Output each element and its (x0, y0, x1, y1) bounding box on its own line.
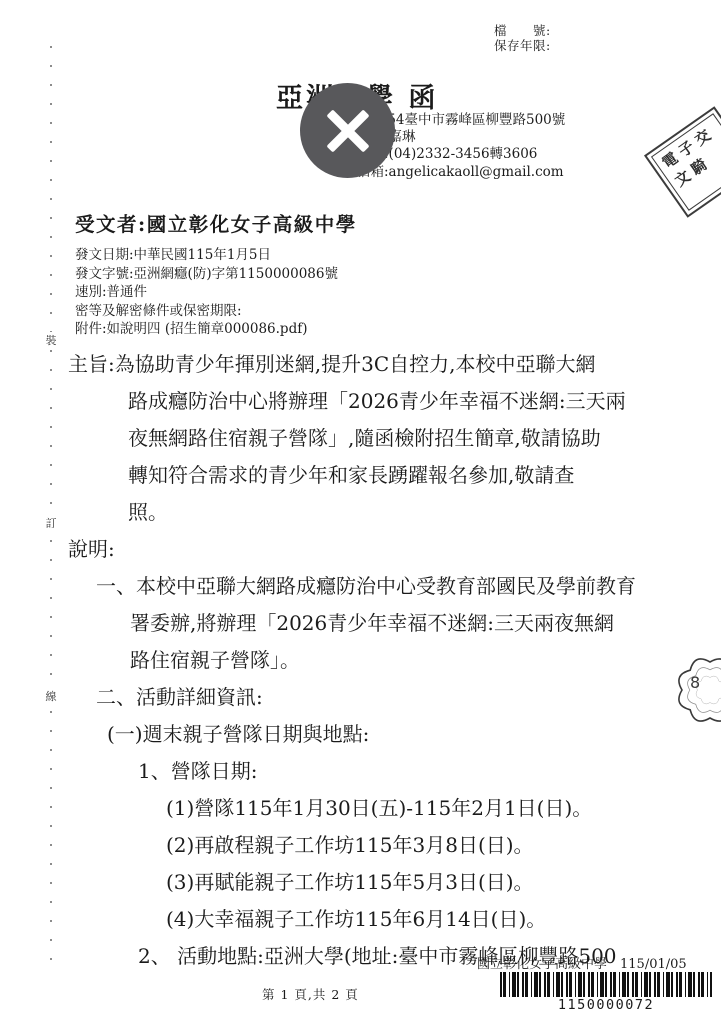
meta-block: 發文日期:中華民國115年1月5日 發文字號:亞洲網癮(防)字第11500000… (75, 246, 338, 339)
file-number-block: 檔 號: 保存年限: (494, 24, 551, 53)
body-line: 署委辦,將辦理「2026青少年幸福不迷網:三天兩夜無網 (0, 605, 700, 642)
body-line: 照。 (0, 494, 700, 531)
body-line: 1、營隊日期: (0, 753, 700, 790)
body-line: 路住宿親子營隊」。 (0, 642, 700, 679)
binding-mark-ding: 訂 (44, 515, 58, 531)
letter-body: 主旨:為協助青少年揮別迷網,提升3C自控力,本校中亞聯大網 路成癮防治中心將辦理… (0, 346, 700, 975)
barcode (500, 972, 712, 997)
footer-school-date: 國立彰化女子高級中學 115/01/05 (477, 953, 687, 972)
page-number-info: 第 1 頁,共 2 頁 (262, 985, 359, 1003)
stamp-number: 8 (690, 673, 700, 692)
meta-line: 速別:普通件 (75, 283, 338, 302)
document-page: 裝 訂 線 檔 號: 保存年限: 亞洲大學 函 地址:41354臺中市霧峰區柳豐… (0, 0, 721, 1024)
body-line: 二、活動詳細資訊: (0, 679, 700, 716)
body-line: 路成癮防治中心將辦理「2026青少年幸福不迷網:三天兩 (0, 383, 700, 420)
body-line: 說明: (0, 531, 700, 568)
flower-seam-stamp: 8 (668, 648, 721, 732)
body-line: (3)再賦能親子工作坊115年5月3日(日)。 (0, 864, 700, 901)
retention-period-label: 保存年限: (494, 39, 551, 54)
binding-mark-xian: 線 (44, 688, 58, 704)
recipient-line: 受文者:國立彰化女子高級中學 (75, 209, 357, 237)
electronic-exchange-stamp: 電子交 文騎 (644, 106, 721, 218)
body-line: (4)大幸福親子工作坊115年6月14日(日)。 (0, 901, 700, 938)
body-line: (1)營隊115年1月30日(五)-115年2月1日(日)。 (0, 790, 700, 827)
body-line: 轉知符合需求的青少年和家長踴躍報名參加,敬請查 (0, 457, 700, 494)
binding-mark-zhuang: 裝 (44, 332, 58, 348)
body-line: 一、本校中亞聯大網路成癮防治中心受教育部國民及學前教育 (0, 568, 700, 605)
body-line: (2)再啟程親子工作坊115年3月8日(日)。 (0, 827, 700, 864)
body-line: 夜無網路住宿親子營隊」,隨函檢附招生簡章,敬請協助 (0, 420, 700, 457)
body-line: 主旨:為協助青少年揮別迷網,提升3C自控力,本校中亞聯大網 (0, 346, 700, 383)
meta-line: 密等及解密條件或保密期限: (75, 302, 338, 321)
meta-line: 附件:如說明四 (招生簡章000086.pdf) (75, 320, 338, 339)
meta-line: 發文字號:亞洲網癮(防)字第1150000086號 (75, 265, 338, 284)
close-overlay-button[interactable] (300, 83, 395, 178)
file-number-label: 檔 號: (494, 24, 551, 39)
body-line: (一)週末親子營隊日期與地點: (0, 716, 700, 753)
meta-line: 發文日期:中華民國115年1月5日 (75, 246, 338, 265)
barcode-number: 1150000072 (500, 997, 712, 1013)
